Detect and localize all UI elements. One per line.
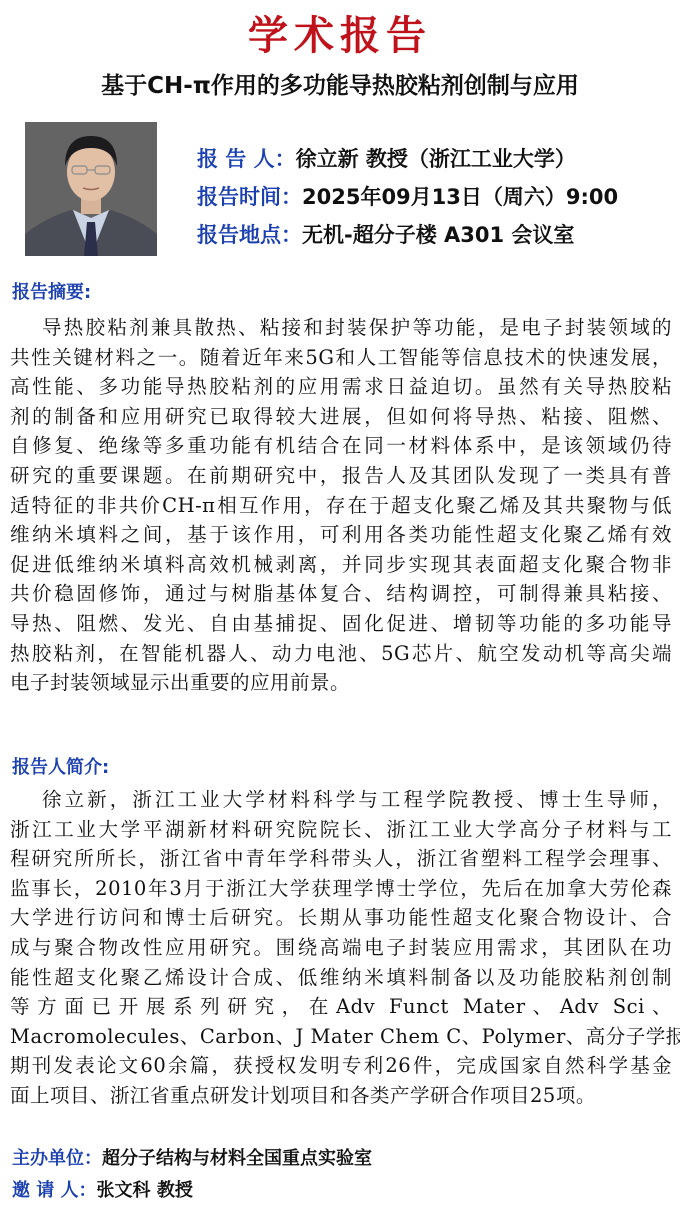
bio-line: Macromolecules、Carbon、J Mater Chem C、Pol… (10, 1022, 672, 1052)
host-row: 主办单位：超分子结构与材料全国重点实验室 (12, 1144, 372, 1170)
abstract-line: 研究的重要课题。在前期研究中，报告人及其团队发现了一类具有普 (10, 461, 672, 491)
abstract-line: 导热胶粘剂兼具散热、粘接和封装保护等功能，是电子封装领域的 (10, 313, 672, 343)
bio-line: 程研究所所长，浙江省中青年学科带头人，浙江省塑料工程学会理事、 (10, 844, 672, 874)
speaker-value: 徐立新 教授（浙江工业大学） (296, 147, 576, 171)
abstract-body: 导热胶粘剂兼具散热、粘接和封装保护等功能，是电子封装领域的 共性关键材料之一。随… (10, 313, 672, 698)
bio-line: 面上项目、浙江省重点研发计划项目和各类产学研合作项目25项。 (10, 1081, 672, 1111)
inviter-value: 张文科 教授 (97, 1180, 193, 1201)
speaker-row: 报 告 人：徐立新 教授（浙江工业大学） (197, 140, 618, 178)
time-value: 2025年09月13日（周六）9:00 (302, 185, 618, 209)
abstract-line: 热胶粘剂，在智能机器人、动力电池、5G芯片、航空发动机等高尖端 (10, 639, 672, 669)
speaker-label: 报 告 人： (197, 140, 296, 178)
abstract-heading: 报告摘要: (12, 278, 91, 304)
abstract-line: 自修复、绝缘等多重功能有机结合在同一材料体系中，是该领域仍待 (10, 431, 672, 461)
abstract-line: 高性能、多功能导热胶粘剂的应用需求日益迫切。虽然有关导热胶粘 (10, 372, 672, 402)
location-row: 报告地点：无机-超分子楼 A301 会议室 (197, 216, 618, 254)
time-row: 报告时间：2025年09月13日（周六）9:00 (197, 178, 618, 216)
bio-line: 期刊发表论文60余篇，获授权发明专利26件，完成国家自然科学基金 (10, 1051, 672, 1081)
abstract-line: 促进低维纳米填料高效机械剥离，并同步实现其表面超支化聚合物非 (10, 550, 672, 580)
abstract-line: 维纳米填料之间，基于该作用，可利用各类功能性超支化聚乙烯有效 (10, 520, 672, 550)
abstract-line: 电子封装领域显示出重要的应用前景。 (10, 668, 672, 698)
speaker-info: 报 告 人：徐立新 教授（浙江工业大学） 报告时间：2025年09月13日（周六… (197, 140, 618, 254)
bio-line: 等方面已开展系列研究，在Adv Funct Mater、Adv Sci、 (10, 992, 672, 1022)
speaker-photo (25, 122, 157, 256)
location-label: 报告地点： (197, 216, 302, 254)
host-value: 超分子结构与材料全国重点实验室 (102, 1148, 372, 1169)
inviter-row: 邀 请 人：张文科 教授 (12, 1176, 193, 1202)
abstract-line: 剂的制备和应用研究已取得较大进展，但如何将导热、粘接、阻燃、 (10, 402, 672, 432)
bio-line: 大学进行访问和博士后研究。长期从事功能性超支化聚合物设计、合 (10, 903, 672, 933)
abstract-line: 共价稳固修饰，通过与树脂基体复合、结构调控，可制得兼具粘接、 (10, 579, 672, 609)
bio-line: 徐立新，浙江工业大学材料科学与工程学院教授、博士生导师， (10, 785, 672, 815)
inviter-label: 邀 请 人： (12, 1176, 97, 1202)
host-label: 主办单位： (12, 1144, 102, 1170)
bio-line: 成与聚合物改性应用研究。围绕高端电子封装应用需求，其团队在功 (10, 933, 672, 963)
abstract-line: 适特征的非共价CH-π相互作用，存在于超支化聚乙烯及其共聚物与低 (10, 491, 672, 521)
speaker-portrait-icon (25, 122, 157, 256)
bio-body: 徐立新，浙江工业大学材料科学与工程学院教授、博士生导师， 浙江工业大学平湖新材料… (10, 785, 672, 1111)
bio-line: 浙江工业大学平湖新材料研究院院长、浙江工业大学高分子材料与工 (10, 815, 672, 845)
bio-heading: 报告人简介: (12, 753, 109, 779)
report-subtitle: 基于CH-π作用的多功能导热胶粘剂创制与应用 (0, 70, 680, 102)
report-title: 学术报告 (0, 12, 680, 60)
abstract-line: 共性关键材料之一。随着近年来5G和人工智能等信息技术的快速发展， (10, 343, 672, 373)
time-label: 报告时间： (197, 178, 302, 216)
bio-line: 监事长，2010年3月于浙江大学获理学博士学位，先后在加拿大劳伦森 (10, 874, 672, 904)
location-value: 无机-超分子楼 A301 会议室 (302, 223, 574, 247)
bio-line: 能性超支化聚乙烯设计合成、低维纳米填料制备以及功能胶粘剂创制 (10, 963, 672, 993)
abstract-line: 导热、阻燃、发光、自由基捕捉、固化促进、增韧等功能的多功能导 (10, 609, 672, 639)
